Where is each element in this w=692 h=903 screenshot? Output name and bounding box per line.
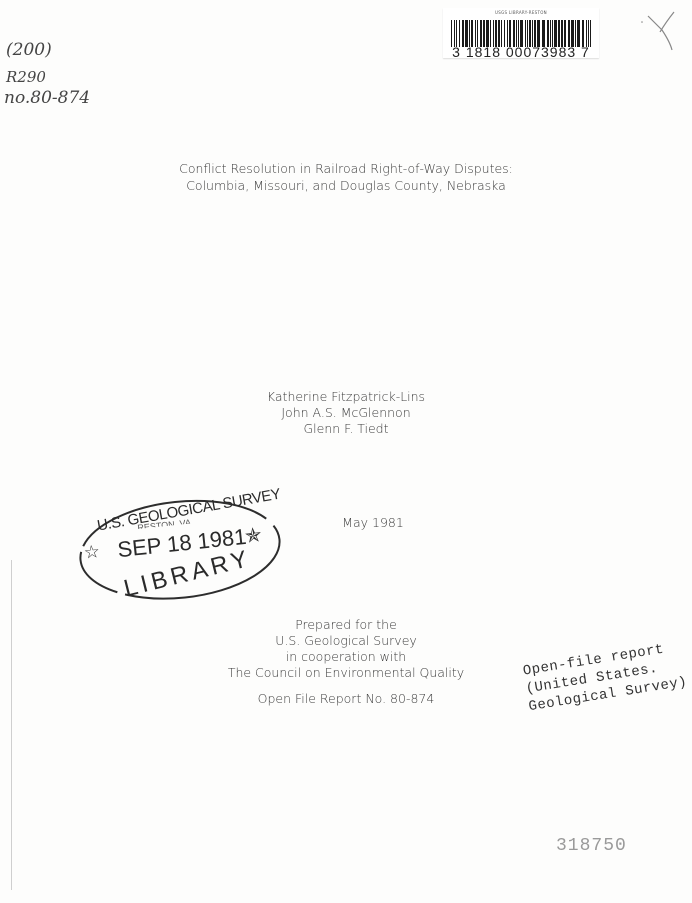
authors: Katherine Fitzpatrick-Lins John A.S. McG… (0, 389, 692, 437)
accession-number: 318750 (556, 836, 627, 856)
document-title: Conflict Resolution in Railroad Right-of… (0, 160, 692, 194)
author: John A.S. McGlennon (0, 405, 692, 421)
library-receipt-stamp: U.S. GEOLOGICAL SURVEY RESTON, VA ☆ SEP … (65, 484, 290, 616)
handwritten-note-1: (200) (6, 40, 52, 60)
barcode-caption: USGS LIBRARY-RESTON (443, 10, 599, 15)
handwritten-note-3: no.80-874 (4, 88, 90, 108)
title-line-2: Columbia, Missouri, and Douglas County, … (0, 177, 692, 194)
library-barcode: USGS LIBRARY-RESTON 3 1818 00073983 7 (443, 8, 599, 58)
barcode-number: 3 1818 00073983 7 (443, 44, 599, 60)
star-icon: ☆ (83, 541, 101, 564)
title-line-1: Conflict Resolution in Railroad Right-of… (0, 160, 692, 177)
author: Katherine Fitzpatrick-Lins (0, 389, 692, 405)
prepared-line: U.S. Geological Survey (0, 633, 692, 649)
handwritten-x-mark (640, 8, 680, 53)
handwritten-note-2: R290 (6, 68, 46, 86)
page-edge (11, 560, 12, 890)
author: Glenn F. Tiedt (0, 421, 692, 437)
prepared-line: Prepared for the (0, 617, 692, 633)
barcode-bars (451, 20, 591, 47)
